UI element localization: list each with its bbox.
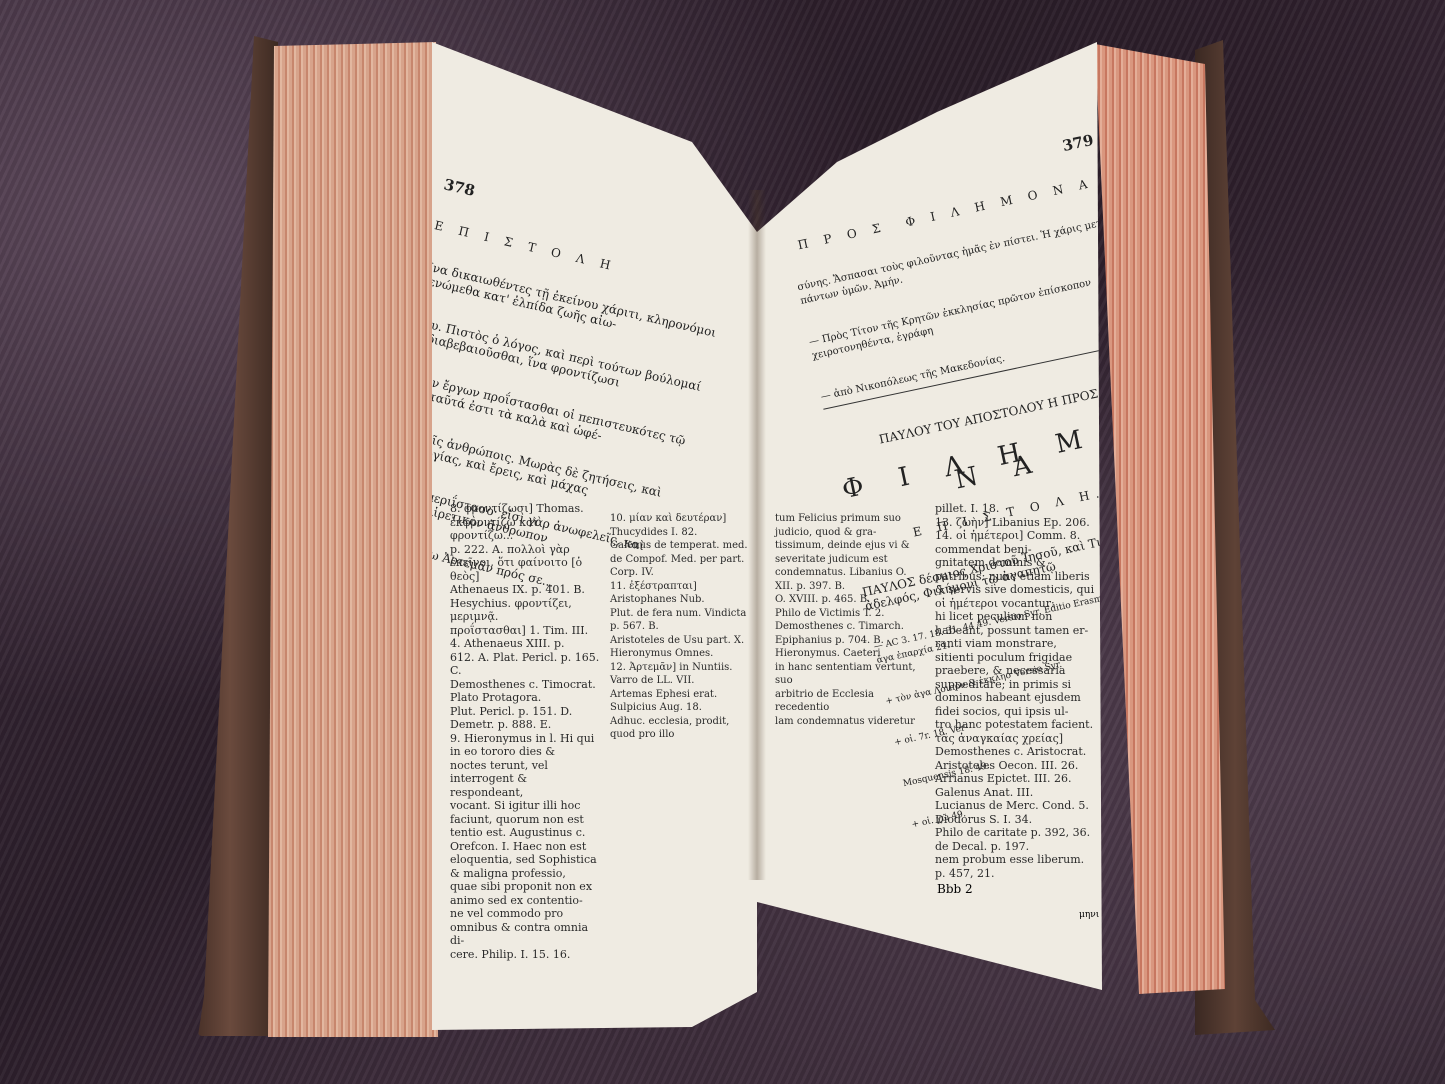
catchword: μηνι xyxy=(1079,910,1099,920)
note-line: Plut. de fera num. Vindicta p. 567. B. xyxy=(610,607,750,634)
note-line: 8. φροντίζωσι] Thomas. ἐκφροντίζω καὶ φρ… xyxy=(450,502,600,543)
note-line: 14. οἱ ἡμέτεροι] Comm. 8. commendat beni… xyxy=(935,529,1095,556)
note-line: quae sibi proponit non ex animo sed ex c… xyxy=(450,880,600,907)
note-line: arbitrio de Ecclesia recedentio xyxy=(775,688,925,715)
note-line: Lucianus de Merc. Cond. 5. xyxy=(935,799,1095,813)
note-line: Plato Protagora. xyxy=(450,691,600,705)
note-line: de Decal. p. 197. xyxy=(935,840,1095,854)
note-line: O. XVIII. p. 465. B. xyxy=(775,593,925,607)
note-line: Demosthenes c. Timarch. xyxy=(775,620,925,634)
note-line: Hesychius. φροντίζει, μεριμνᾷ. xyxy=(450,597,600,624)
book-gutter-shadow xyxy=(748,190,766,880)
note-line: nem probum esse liberum. p. 457, 21. xyxy=(935,853,1095,880)
note-line: lam condemnatus videretur xyxy=(775,715,925,729)
note-line: Arrianus Epictet. III. 26. xyxy=(935,772,1095,786)
note-line: & servis sive domesticis, qui οἱ ἡμέτερο… xyxy=(935,583,1095,610)
note-line: Demosthenes c. Timocrat. xyxy=(450,678,600,692)
note-line: eloquentia, sed Sophistica & maligna pro… xyxy=(450,853,600,880)
note-line: tum Felicius primum suo judicio, quod & … xyxy=(775,512,925,539)
page-number-right: 379 xyxy=(779,133,1095,213)
note-line: Hieronymus Omnes. xyxy=(610,647,750,661)
note-line: vocant. Si igitur illi hoc faciunt, quor… xyxy=(450,799,600,826)
right-notes-column-2: pillet. I. 18. 13. ζωὴν] Libanius Ep. 20… xyxy=(935,502,1095,880)
right-notes-column-1: tum Felicius primum suo judicio, quod & … xyxy=(775,512,925,728)
note-line: προΐστασθαι] 1. Tim. III. 4. Athenaeus X… xyxy=(450,624,600,651)
note-line: τὰς ἀναγκαίας χρείας] Demosthenes c. Ari… xyxy=(935,732,1095,759)
note-line: condemnatus. Libanius O. XII. p. 397. B. xyxy=(775,566,925,593)
note-line: cere. Philip. I. 15. 16. xyxy=(450,948,600,962)
note-line: pillet. I. 18. xyxy=(935,502,1095,516)
note-line: ranti viam monstrare, sitienti poculum f… xyxy=(935,637,1095,664)
note-line: tro hanc potestatem facient. xyxy=(935,718,1095,732)
note-line: Varro de LL. VII. xyxy=(610,674,750,688)
note-line: 9. Hieronymus in l. Hi qui in eo tororo … xyxy=(450,732,600,759)
note-line: Plut. Pericl. p. 151. D. Demetr. p. 888.… xyxy=(450,705,600,732)
note-line: Hieronymus. Caeteri xyxy=(775,647,925,661)
note-line: Philo de Victimis T. 2. xyxy=(775,607,925,621)
open-book: 378 Ε Π Ι Σ Τ Ο Λ Η 'Ινα δικαιωθέντες τῇ… xyxy=(0,0,1445,1084)
note-line: gnitatem dominis & patribus: nunc etiam … xyxy=(935,556,1095,583)
left-notes-column-2: 10. μίαν καὶ δευτέραν] Thucydides I. 82.… xyxy=(610,512,750,742)
note-line: 612. A. Plat. Pericl. p. 165. C. xyxy=(450,651,600,678)
note-line: de Compof. Med. per part. Corp. IV. xyxy=(610,553,750,580)
left-cover-spine xyxy=(198,36,278,1036)
note-line: ne vel commodo pro omnibus & contra omni… xyxy=(450,907,600,948)
note-line: 12. Ἀρτεμᾶν] in Nuntiis. xyxy=(610,661,750,675)
note-line: Athenaeus IX. p. 401. B. xyxy=(450,583,600,597)
note-line: praebere, & necessaria suppeditare; in p… xyxy=(935,664,1095,691)
right-page-edges xyxy=(1095,44,1225,994)
note-line: noctes terunt, vel interrogent & respond… xyxy=(450,759,600,800)
note-line: in hanc sententiam vertunt, suo xyxy=(775,661,925,688)
note-line: p. 222. A. πολλοὶ γὰρ ἐκεῖνοι, ὅτι φαίνο… xyxy=(450,543,600,584)
note-line: Diodorus S. I. 34. xyxy=(935,813,1095,827)
note-line: 11. ἐξέστραπται] Aristophanes Nub. xyxy=(610,580,750,607)
note-line: Artemas Ephesi erat. xyxy=(610,688,750,702)
note-line: Epiphanius p. 704. B. xyxy=(775,634,925,648)
note-line: dominos habeant ejusdem fidei socios, qu… xyxy=(935,691,1095,718)
left-page-edges xyxy=(268,42,438,1037)
note-line: hi licet peculium non habeant, possunt t… xyxy=(935,610,1095,637)
note-line: Adhuc. ecclesia, prodit, quod pro illo xyxy=(610,715,750,742)
note-line: 10. μίαν καὶ δευτέραν] Thucydides I. 82. xyxy=(610,512,750,539)
note-line: Galenus de temperat. med. xyxy=(610,539,750,553)
left-notes-column-1: 8. φροντίζωσι] Thomas. ἐκφροντίζω καὶ φρ… xyxy=(450,502,600,961)
note-line: 13. ζωὴν] Libanius Ep. 206. xyxy=(935,516,1095,530)
note-line: Galenus Anat. III. xyxy=(935,786,1095,800)
page-number-left: 378 xyxy=(443,177,738,258)
signature-mark: Bbb 2 xyxy=(937,882,973,896)
note-line: tissimum, deinde ejus vi & severitate ju… xyxy=(775,539,925,566)
note-line: Aristoteles Oecon. III. 26. xyxy=(935,759,1095,773)
note-line: Aristoteles de Usu part. X. xyxy=(610,634,750,648)
note-line: Philo de caritate p. 392, 36. xyxy=(935,826,1095,840)
note-line: tentio est. Augustinus c. Orefcon. I. Ha… xyxy=(450,826,600,853)
note-line: Sulpicius Aug. 18. xyxy=(610,701,750,715)
left-page: 378 Ε Π Ι Σ Τ Ο Λ Η 'Ινα δικαιωθέντες τῇ… xyxy=(432,42,757,1030)
right-page: 379 Π Ρ Ο Σ Φ Ι Λ Η Μ Ο Ν Α σύνης. Ἄσπασ… xyxy=(757,42,1102,990)
